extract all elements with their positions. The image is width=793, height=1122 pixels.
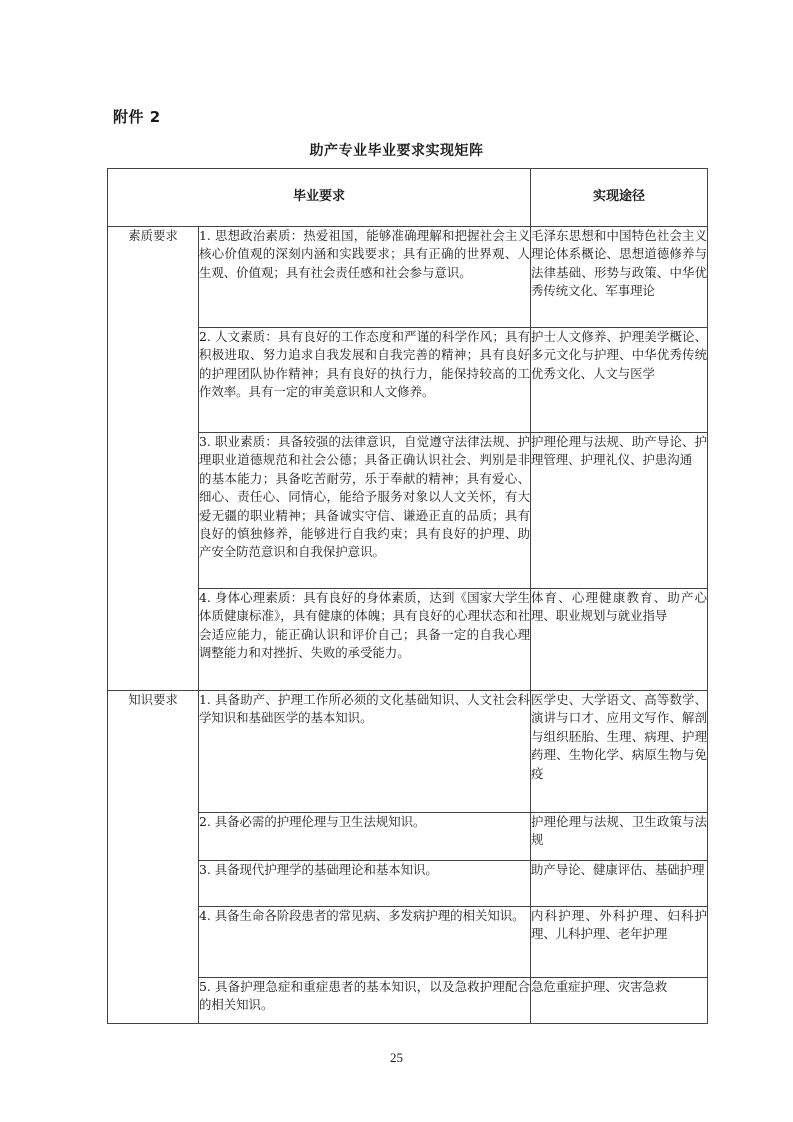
table-row: 素质要求 1. 思想政治素质：热爱祖国，能够准确理解和把握社会主义核心价值观的深… [108,227,708,328]
pathway-cell: 毛泽东思想和中国特色社会主义理论体系概论、思想道德修养与法律基础、形势与政策、中… [531,227,708,328]
page-number: 25 [0,1050,793,1066]
header-requirement: 毕业要求 [108,169,531,227]
category-quality: 素质要求 [108,227,199,691]
pathway-cell: 护理伦理与法规、卫生政策与法规 [531,813,708,861]
pathway-cell: 医学史、大学语文、高等数学、演讲与口才、应用文写作、解剖与组织胚胎、生理、病理、… [531,691,708,813]
table-row: 知识要求 1. 具备助产、护理工作所必须的文化基础知识、人文社会科学知识和基础医… [108,691,708,813]
requirement-cell: 5. 具备护理急症和重症患者的基本知识，以及急救护理配合的相关知识。 [199,978,531,1024]
category-knowledge: 知识要求 [108,691,199,1024]
requirement-cell: 1. 具备助产、护理工作所必须的文化基础知识、人文社会科学知识和基础医学的基本知… [199,691,531,813]
header-pathway: 实现途径 [531,169,708,227]
pathway-cell: 护理伦理与法规、助产导论、护理管理、护理礼仪、护患沟通 [531,433,708,589]
requirement-cell: 2. 人文素质：具有良好的工作态度和严谨的科学作风；具有积极进取、努力追求自我发… [199,328,531,433]
requirement-cell: 3. 职业素质：具备较强的法律意识，自觉遵守法律法规、护理职业道德规范和社会公德… [199,433,531,589]
requirement-cell: 2. 具备必需的护理伦理与卫生法规知识。 [199,813,531,861]
requirement-cell: 1. 思想政治素质：热爱祖国，能够准确理解和把握社会主义核心价值观的深刻内涵和实… [199,227,531,328]
document-title: 助产专业毕业要求实现矩阵 [0,140,793,160]
requirement-cell: 3. 具备现代护理学的基础理论和基本知识。 [199,861,531,907]
pathway-cell: 体育、心理健康教育、助产心理、职业规划与就业指导 [531,589,708,691]
pathway-cell: 助产导论、健康评估、基础护理 [531,861,708,907]
requirement-cell: 4. 具备生命各阶段患者的常见病、多发病护理的相关知识。 [199,907,531,978]
requirement-cell: 4. 身体心理素质：具有良好的身体素质，达到《国家大学生体质健康标准》，具有健康… [199,589,531,691]
requirements-matrix-table: 毕业要求 实现途径 素质要求 1. 思想政治素质：热爱祖国，能够准确理解和把握社… [107,168,708,1024]
pathway-cell: 护士人文修养、护理美学概论、多元文化与护理、中华优秀传统优秀文化、人文与医学 [531,328,708,433]
pathway-cell: 急危重症护理、灾害急救 [531,978,708,1024]
attachment-label: 附件 2 [113,106,161,127]
table-header-row: 毕业要求 实现途径 [108,169,708,227]
pathway-cell: 内科护理、外科护理、妇科护理、儿科护理、老年护理 [531,907,708,978]
